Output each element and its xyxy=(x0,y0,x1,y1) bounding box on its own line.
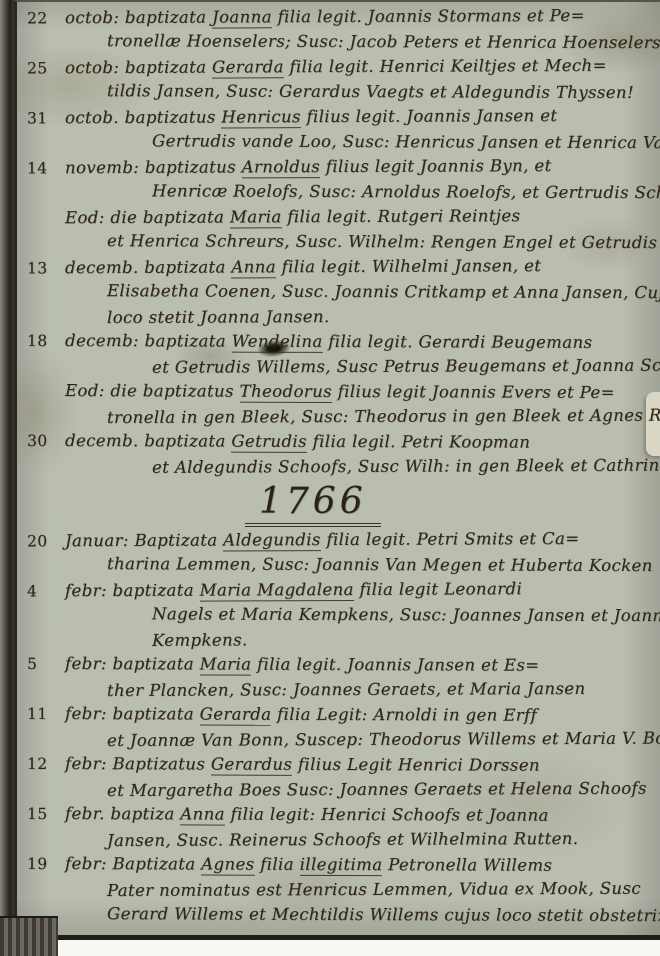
line-text: octob: baptizata xyxy=(65,58,212,78)
line-text: decemb. baptizata xyxy=(65,257,231,277)
line-text: Eod: die baptizata xyxy=(65,207,230,227)
register-page: 22octob: baptizata Joanna filia legit. J… xyxy=(14,0,660,940)
register-line: 31octob. baptizatus Henricus filius legi… xyxy=(27,103,656,131)
line-text: octob: baptizata xyxy=(65,8,212,28)
line-text: novemb: baptizatus xyxy=(65,157,242,177)
line-text: filius Legit Henrici Dorssen xyxy=(292,755,540,775)
line-text: filia legit. Rutgeri Reintjes xyxy=(282,206,521,226)
register-line: Pater nominatus est Henricus Lemmen, Vid… xyxy=(27,876,656,904)
line-text: Henricæ Roelofs, Susc: Arnoldus Roelofs,… xyxy=(152,181,660,202)
line-text: filia legit. Wilhelmi Jansen, et xyxy=(276,256,541,276)
line-text: filia Legit: Arnoldi in gen Erff xyxy=(271,705,537,725)
register-line: loco stetit Joanna Jansen. xyxy=(27,303,656,331)
register-line: Eod: die baptizata Maria filia legit. Ru… xyxy=(27,203,656,231)
line-text: ther Plancken, Susc: Joannes Geraets, et… xyxy=(107,679,586,700)
line-text: et Henrica Schreurs, Susc. Wilhelm: Reng… xyxy=(107,231,660,252)
register-line: Elisabetha Coenen, Susc. Joannis Critkam… xyxy=(27,278,656,305)
register-line: 15febr. baptiza Anna filia legit: Henric… xyxy=(27,801,656,828)
line-text: Gerard Willems et Mechtildis Willems cuj… xyxy=(107,904,660,925)
line-text: tronellæ Hoenselers; Susc: Jacob Peters … xyxy=(107,31,660,52)
day-number: 30 xyxy=(27,429,65,454)
line-text: filia legit. Joannis Stormans et Pe= xyxy=(272,6,585,26)
line-text: filia legit. Gerardi Beugemans xyxy=(323,332,593,352)
register-line: 14novemb: baptizatus Arnoldus filius leg… xyxy=(27,153,656,181)
register-line: 18decemb: baptizata Wendelina filia legi… xyxy=(27,328,656,355)
line-text: Pater nominatus est Henricus Lemmen, Vid… xyxy=(107,879,641,900)
page-bottom-strip xyxy=(0,940,660,956)
underlined-name: Wendelina xyxy=(232,332,323,353)
register-lines-1765: 22octob: baptizata Joanna filia legit. J… xyxy=(27,4,656,479)
register-line: Nagels et Maria Kempkens, Susc: Joannes … xyxy=(27,601,656,628)
register-line: et Joannæ Van Bonn, Suscep: Theodorus Wi… xyxy=(27,726,656,754)
line-text: decemb. baptizata xyxy=(65,431,231,451)
register-line: et Henrica Schreurs, Susc. Wilhelm: Reng… xyxy=(27,228,656,255)
underlined-name: Arnoldus xyxy=(242,157,321,178)
line-text: tronella in gen Bleek, Susc: Theodorus i… xyxy=(107,405,660,427)
underlined-name: Gerarda xyxy=(200,705,272,726)
line-text: filia legit Leonardi xyxy=(354,579,522,599)
year-heading-text: 1766 xyxy=(245,481,381,527)
register-line: 4febr: baptizata Maria Magdalena filia l… xyxy=(27,576,656,604)
register-line: et Aldegundis Schoofs, Susc Wilh: in gen… xyxy=(27,453,656,481)
line-text: Januar: Baptizata xyxy=(65,531,223,551)
register-line: 25octob: baptizata Gerarda filia legit. … xyxy=(27,53,656,81)
day-number: 11 xyxy=(27,702,65,727)
register-line: ther Plancken, Susc: Joannes Geraets, et… xyxy=(27,676,656,704)
register-line: Henricæ Roelofs, Susc: Arnoldus Roelofs,… xyxy=(27,178,656,205)
line-text: febr: Baptizata xyxy=(65,854,201,873)
line-text: filia legit. Petri Smits et Ca= xyxy=(321,529,580,549)
register-line: tronellæ Hoenselers; Susc: Jacob Peters … xyxy=(27,28,656,55)
underlined-name: Joanna xyxy=(212,7,272,28)
register-line: 13decemb. baptizata Anna filia legit. Wi… xyxy=(27,253,656,281)
register-lines-1766: 20Januar: Baptizata Aldegundis filia leg… xyxy=(27,527,656,927)
register-line: 5febr: baptizata Maria filia legit. Joan… xyxy=(27,651,656,678)
line-text: Eod: die baptizatus xyxy=(65,381,240,401)
register-line: 19febr: Baptizata Agnes filia illegitima… xyxy=(27,851,656,878)
register-text: 22octob: baptizata Joanna filia legit. J… xyxy=(17,2,660,927)
line-text: octob. baptizatus xyxy=(65,108,221,128)
line-text: febr: baptizata xyxy=(65,654,200,673)
scanned-register-photo: { "page": { "description_colors": { "pap… xyxy=(0,0,660,956)
day-number: 5 xyxy=(27,652,65,677)
register-line: tronella in gen Bleek, Susc: Theodorus i… xyxy=(27,403,656,431)
year-heading: 1766 xyxy=(27,479,656,527)
underlined-name: Henricus xyxy=(221,107,301,128)
line-text: Kempkens. xyxy=(152,630,248,649)
line-text: Elisabetha Coenen, Susc. Joannis Critkam… xyxy=(107,281,660,302)
line-text: filia legit: Henrici Schoofs et Joanna xyxy=(225,805,549,825)
line-text: Petronella Willems xyxy=(382,855,552,875)
underlined-name: Anna xyxy=(180,804,225,825)
register-line: 11febr: baptizata Gerarda filia Legit: A… xyxy=(27,701,656,728)
underlined-name: Maria xyxy=(230,207,282,228)
register-line: 30decemb. baptizata Getrudis filia legil… xyxy=(27,428,656,455)
line-text: tildis Jansen, Susc: Gerardus Vaegts et … xyxy=(107,81,634,102)
line-text: filia xyxy=(255,855,300,874)
line-text: filius legit Joannis Byn, et xyxy=(320,156,552,176)
underlined-name: Getrudis xyxy=(231,432,307,453)
register-line: 12febr: Baptizatus Gerardus filius Legit… xyxy=(27,751,656,778)
line-text: filia legil. Petri Koopman xyxy=(307,432,530,452)
line-text: febr: Baptizatus xyxy=(65,754,211,774)
line-text: decemb: baptizata xyxy=(65,331,232,351)
line-text: Gertrudis vande Loo, Susc: Henricus Jans… xyxy=(152,131,660,152)
line-text: febr: baptizata xyxy=(65,581,200,601)
register-line: Gerard Willems et Mechtildis Willems cuj… xyxy=(27,901,656,928)
line-text: loco stetit Joanna Jansen. xyxy=(107,307,330,327)
underlined-name: Anna xyxy=(231,257,276,278)
register-line: et Getrudis Willems, Susc Petrus Beugema… xyxy=(27,353,656,381)
line-text: filius legit. Joannis Jansen et xyxy=(301,106,558,126)
line-text: Jansen, Susc. Reinerus Schoofs et Wilhel… xyxy=(107,829,579,850)
underlined-name: Maria xyxy=(200,655,252,676)
register-line: tildis Jansen, Susc: Gerardus Vaegts et … xyxy=(27,78,656,105)
day-number: 15 xyxy=(27,802,65,827)
day-number: 12 xyxy=(27,752,65,777)
line-text: filia legit. Joannis Jansen et Es= xyxy=(251,655,539,675)
register-line: Eod: die baptizatus Theodorus filius leg… xyxy=(27,378,656,405)
binding-shadow xyxy=(0,0,14,956)
register-line: Kempkens. xyxy=(27,626,656,654)
line-text: filia legit. Henrici Keiltjes et Mech= xyxy=(284,56,607,76)
register-line: et Margaretha Boes Susc: Joannes Geraets… xyxy=(27,776,656,804)
line-text: febr: baptizata xyxy=(65,704,200,723)
underlined-name: Maria Magdalena xyxy=(200,580,354,602)
line-text: filius legit Joannis Evers et Pe= xyxy=(332,382,615,402)
line-text: et Margaretha Boes Susc: Joannes Geraets… xyxy=(107,779,647,800)
register-line: 20Januar: Baptizata Aldegundis filia leg… xyxy=(27,526,656,554)
underlined-name: Aldegundis xyxy=(223,530,321,551)
underlined-name: Theodorus xyxy=(240,382,332,403)
register-line: Jansen, Susc. Reinerus Schoofs et Wilhel… xyxy=(27,826,656,854)
line-text: et Getrudis Willems, Susc Petrus Beugema… xyxy=(152,355,660,376)
line-text: tharina Lemmen, Susc: Joannis Van Megen … xyxy=(107,554,653,575)
day-number: 18 xyxy=(27,329,65,354)
line-text: Nagels et Maria Kempkens, Susc: Joannes … xyxy=(152,604,660,625)
underlined-name: Agnes xyxy=(201,855,254,876)
underlined-name: illegitima xyxy=(300,855,383,876)
register-line: tharina Lemmen, Susc: Joannis Van Megen … xyxy=(27,551,656,578)
register-line: Gertrudis vande Loo, Susc: Henricus Jans… xyxy=(27,128,656,155)
underlined-name: Gerarda xyxy=(212,57,284,78)
register-line: 22octob: baptizata Joanna filia legit. J… xyxy=(27,3,656,31)
line-text: et Joannæ Van Bonn, Suscep: Theodorus Wi… xyxy=(107,729,660,750)
bottom-left-binding-corner xyxy=(0,916,58,956)
line-text: febr. baptiza xyxy=(65,804,180,823)
line-text: et Aldegundis Schoofs, Susc Wilh: in gen… xyxy=(152,455,660,477)
underlined-name: Gerardus xyxy=(211,755,292,776)
day-number: 19 xyxy=(27,852,65,877)
